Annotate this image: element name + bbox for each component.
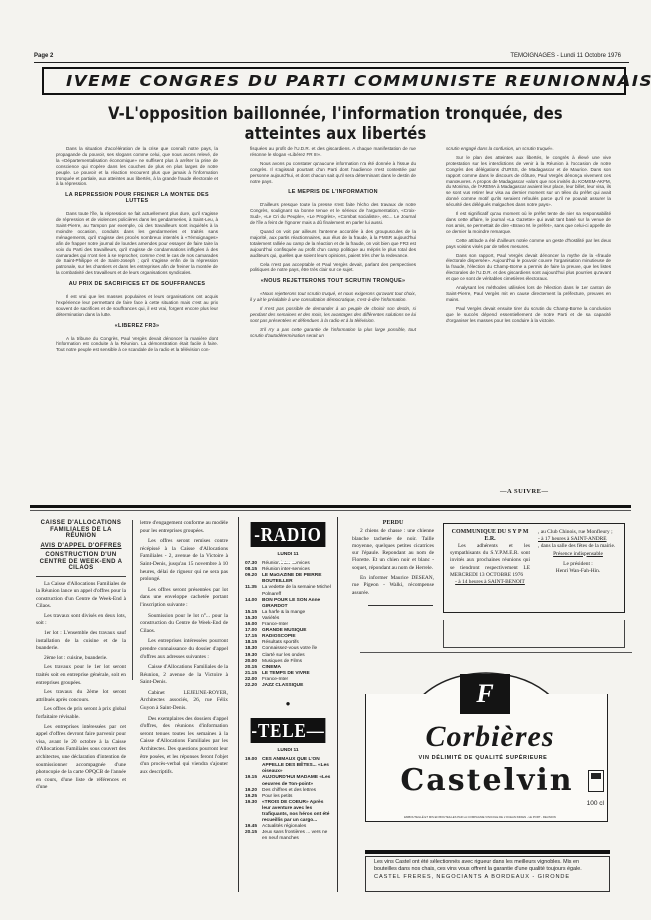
program-time: 20.15: [245, 830, 262, 842]
article-column-3: scrutin engagé dans la confusion, un scr…: [446, 146, 611, 326]
notice-org: CAISSE D'ALLOCATIONS FAMILIALES DE LA RÉ…: [36, 520, 126, 540]
caf-notice-column-2: lettre d'engagement conforme au modèle p…: [140, 520, 228, 779]
program-title: «TROIS DE COEUR» Après leur aventure ave…: [262, 800, 331, 824]
paragraph: Cela n'est pas acceptable et Paul Vergès…: [250, 262, 416, 274]
communique-item-1-label: - à 14 heures à SAINT-BENOIT: [455, 579, 525, 585]
broadcast-listings: -RADIO— LUNDI 11 07.30Réunion inter-serv…: [238, 517, 338, 892]
program-title: LE MaGAZINE DE PIERRE BOUTEILLER: [262, 573, 331, 585]
program-time: 19.00: [245, 757, 262, 775]
program-title: JAZZ CLASSIQUE: [262, 683, 331, 689]
banner-title: IVEME CONGRES DU PARTI COMMUNISTE REUNIO…: [66, 72, 651, 90]
quote-paragraph: Il n'est pas possible de demander à un p…: [250, 306, 416, 324]
program-item: 22.20JAZZ CLASSIQUE: [245, 683, 331, 689]
program-item: 19.00CES ANIMAUX QUE L'ON APPELLE DES BÊ…: [245, 757, 331, 775]
tele-program: LUNDI 11 19.00CES ANIMAUX QUE L'ON APPEL…: [239, 748, 337, 842]
page-number: Page 2: [34, 53, 53, 59]
program-time: 11.35: [245, 585, 262, 597]
section-banner: IVEME CONGRES DU PARTI COMMUNISTE REUNIO…: [42, 67, 626, 95]
wine-advertisement: F Corbières VIN DÉLIMITÉ DE QUALITÉ SUPÉ…: [365, 670, 610, 845]
subheading: LA REPRESSION POUR FREINER LA MONTEE DES…: [56, 193, 218, 205]
volume: 100 cl: [587, 800, 604, 807]
article-column-2: fisquées au profit de l'U.D.R. et des gi…: [250, 146, 416, 342]
program-title: BON POUR LE SON Anne GIRARDOT: [262, 598, 331, 610]
paragraph: D'ailleurs presque toute la presse s'est…: [250, 202, 416, 226]
communique-sign-name: Henri Wan-Fah-Hin.: [538, 568, 618, 575]
program-item: 20.15Jeux sans frontières ... vers ne en…: [245, 830, 331, 842]
paragraph: Les travaux pour le 1er lot seront trait…: [36, 664, 126, 687]
paragraph: Les entreprises intéressées pourront pre…: [140, 638, 228, 661]
paragraph: Des exemplaires des dossiers d'appel d'o…: [140, 716, 228, 777]
publication-date: TEMOIGNAGES - Lundi 11 Octobre 1976: [510, 53, 621, 59]
paragraph: Nous avons pu constater qu'aucune inform…: [250, 161, 416, 185]
communique-box: COMMUNIQUE DU S Y P M E.R. Les adhérents…: [443, 523, 625, 613]
article-headline: V-L'opposition baillonnée, l'information…: [81, 104, 589, 144]
paragraph: Quand on voit par ailleurs l'antenne acc…: [250, 229, 416, 259]
program-time: 14.00: [245, 598, 262, 610]
program-title: CES ANIMAUX QUE L'ON APPELLE DES BÊTES..…: [262, 757, 331, 775]
quality-label: VIN DÉLIMITÉ DE QUALITÉ SUPÉRIEURE: [393, 755, 573, 761]
communique-col-2: , au Club Chinois, rue Monfleury ; - à 1…: [538, 529, 618, 607]
bottler-fine-print: EMBOUTEILLÉ ET MIS EN BOUTEILLES PAR LA …: [385, 815, 575, 819]
quote-paragraph: «Nous rejetterons tout scrutin truqué, e…: [250, 291, 416, 303]
paragraph: 2ème lot : cuisine, buanderie.: [36, 655, 126, 663]
radio-logo: -RADIO—: [251, 522, 326, 547]
program-title: La vedette de la semaine Michel Polnaref…: [262, 585, 331, 597]
program-time: 19.30: [245, 800, 262, 824]
caf-notice-column-1: CAISSE D'ALLOCATIONS FAMILIALES DE LA RÉ…: [36, 520, 126, 794]
column-separator: [132, 520, 133, 680]
section-divider-thin: [30, 510, 631, 511]
program-title: AUJOURD'HUI MADAME «Les oeuvres de Ton-p…: [262, 775, 331, 787]
separator-dot: ●: [239, 699, 337, 708]
lost-notice: PERDU 2 chiens de chasse : une chienne b…: [352, 520, 434, 600]
paragraph: 2 chiens de chasse : une chienne blanche…: [352, 528, 434, 572]
brand-logo-icon: F: [460, 674, 510, 714]
paragraph: Les travaux du 2ème lot seront attribués…: [36, 689, 126, 704]
communique-item-2-label: - à 17 heures à SAINT-ANDRE: [538, 536, 607, 542]
communique-col-1: COMMUNIQUE DU S Y P M E.R. Les adhérents…: [450, 529, 530, 607]
communique-body: Les adhérents et les sympathisants du S.…: [450, 543, 530, 579]
tele-list: 19.00CES ANIMAUX QUE L'ON APPELLE DES BÊ…: [245, 757, 331, 842]
subheading: «NOUS REJETTERONS TOUT SCRUTIN TRONQUE»: [250, 279, 416, 285]
program-item: 19.15AUJOURD'HUI MADAME «Les oeuvres de …: [245, 775, 331, 787]
communique-notice: Présence indispensable: [538, 551, 618, 558]
lost-notice-rule: [368, 605, 433, 606]
ad-company: CASTEL FRERES, NEGOCIANTS A BORDEAUX - G…: [374, 874, 601, 881]
paragraph: Cette attitude a été d'ailleurs notée co…: [446, 238, 611, 250]
paragraph: Analysant les méthodes utilisées lors de…: [446, 285, 611, 303]
tele-logo: -TELE—: [251, 718, 326, 743]
paragraph: Les offres seront remises contre récépis…: [140, 538, 228, 584]
communique-notice-label: Présence indispensable: [553, 551, 603, 557]
ad-bar: [365, 850, 610, 854]
header-rule: [34, 62, 629, 63]
notice-subject: CONSTRUCTION D'UN CENTRE DE WEEK-END A C…: [36, 552, 126, 572]
communique-sign-label: Le président :: [538, 561, 618, 568]
ad-rule: [360, 652, 632, 653]
program-title: Jeux sans frontières ... vers ne en neuf…: [262, 830, 331, 842]
paragraph: Les offres seront présentées par lot dan…: [140, 587, 228, 610]
appellation: Corbières: [405, 720, 575, 754]
communique-item-1-rest: , au Club Chinois, rue Monfleury ;: [538, 529, 618, 536]
ad-text-box: Les vins Castel ont été sélectionnés ave…: [365, 856, 610, 892]
paragraph: Les entreprises intéressées par cet appe…: [36, 724, 126, 792]
paragraph: Cabinet LEJEUNE-ROYER, Architectes assoc…: [140, 690, 228, 713]
paragraph: A la tribune du Congrès, Paul Vergès dev…: [56, 336, 218, 354]
program-item: 11.35La vedette de la semaine Michel Pol…: [245, 585, 331, 597]
communique-title: COMMUNIQUE DU S Y P M E.R.: [450, 529, 530, 543]
notice-rule: [36, 576, 126, 577]
subheading: LE MEPRIS DE L'INFORMATION: [250, 190, 416, 196]
paragraph: Soumission pour le lot n°... pour la con…: [140, 613, 228, 636]
paragraph: Paul Vergès devait ensuite tirer du scru…: [446, 306, 611, 324]
program-item: 14.00BON POUR LE SON Anne GIRARDOT: [245, 598, 331, 610]
seal-badge-icon: [588, 770, 604, 792]
communique-item-2-rest: , dans la salle des fêtes de la mairie.: [538, 543, 618, 550]
communique-item-1: - à 14 heures à SAINT-BENOIT: [450, 579, 530, 586]
paragraph: Caisse d'Allocations Familiales de la Ré…: [140, 664, 228, 687]
paragraph: Sur le plan des atteintes aux libertés, …: [446, 155, 611, 208]
paragraph: 1er lot : L'ensemble des travaux sauf in…: [36, 630, 126, 653]
section-divider: [30, 505, 631, 508]
program-item: 09.20LE MaGAZINE DE PIERRE BOUTEILLER: [245, 573, 331, 585]
empty-box: [443, 620, 625, 648]
tele-day: LUNDI 11: [245, 748, 331, 754]
program-item: 19.30«TROIS DE COEUR» Après leur aventur…: [245, 800, 331, 824]
paragraph: lettre d'engagement conforme au modèle p…: [140, 520, 228, 535]
paragraph: Dans son rapport, Paul Vergès devait dén…: [446, 253, 611, 283]
subheading: AU PRIX DE SACRIFICES ET DE SOUFFRANCES: [56, 282, 218, 288]
paragraph: Il est significatif qu'au moment où le p…: [446, 211, 611, 235]
paragraph: fisquées au profit de l'U.D.R. et des gi…: [250, 146, 416, 158]
paragraph: Dans la situation d'accélération de la c…: [56, 146, 218, 187]
article-column-1: Dans la situation d'accélération de la c…: [56, 146, 218, 356]
program-time: 19.15: [245, 775, 262, 787]
ad-copy: Les vins Castel ont été sélectionnés ave…: [374, 859, 601, 874]
paragraph: Les travaux sont divisés en deux lots, s…: [36, 613, 126, 628]
lost-title: PERDU: [352, 520, 434, 527]
program-time: 22.20: [245, 683, 262, 689]
paragraph: Il est vrai que les masses populaires et…: [56, 294, 218, 318]
notice-type: AVIS D'APPEL D'OFFRES: [36, 543, 126, 550]
product-name: Castelvin: [397, 763, 577, 798]
radio-list: 07.30Réunion inter-services08.15Réunion …: [245, 561, 331, 689]
program-time: 09.20: [245, 573, 262, 585]
quote-paragraph: scrutin engagé dans la confusion, un scr…: [446, 146, 611, 152]
paragraph: Dans toute l'île, la répression se fait …: [56, 211, 218, 276]
paragraph: Les offres de prix seront à prix global …: [36, 706, 126, 721]
quote-paragraph: S'il n'y a pas cette garantie de l'infor…: [250, 327, 416, 339]
paragraph: En informer Maurice DESEAN, rue Pigeon -…: [352, 575, 434, 597]
continued-marker: —A SUIVRE—: [500, 488, 549, 495]
paragraph: La Caisse d'Allocations Familiales de la…: [36, 581, 126, 611]
subheading: «LIBEREZ FR3»: [56, 324, 218, 330]
